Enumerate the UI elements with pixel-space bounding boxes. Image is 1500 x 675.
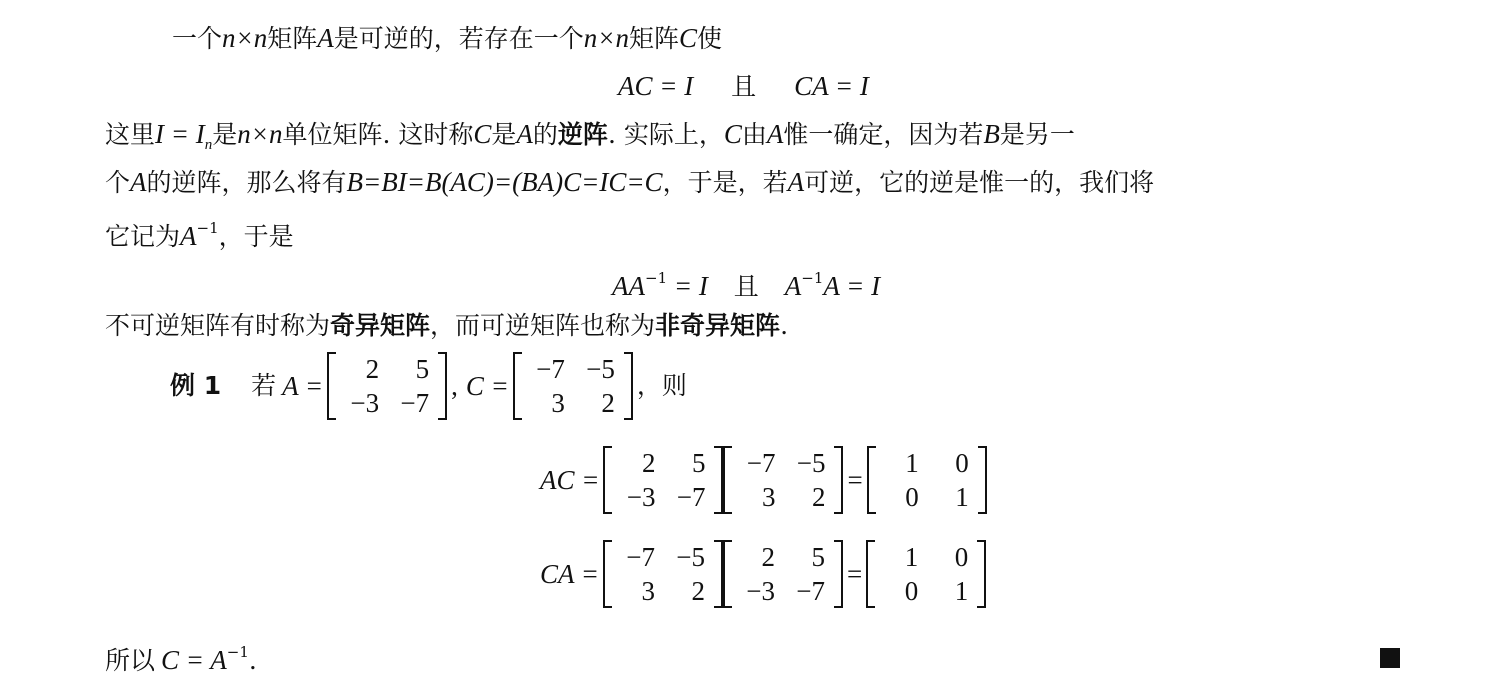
text: 惟一确定，因为若	[783, 120, 983, 149]
math-C: C	[679, 23, 697, 53]
text: .	[780, 311, 788, 340]
text: 一个	[172, 24, 222, 53]
text: 所以	[105, 646, 155, 675]
superscript: −1	[227, 643, 249, 661]
text: 是	[212, 120, 237, 149]
cell: 2	[783, 480, 833, 514]
math-A-eq: A =	[282, 370, 323, 402]
cell: 5	[387, 352, 437, 386]
text: 它记为	[105, 222, 180, 251]
text: .	[249, 646, 257, 675]
cell: 2	[733, 540, 783, 574]
text: ，而可逆矩阵也称为	[430, 311, 655, 340]
matrix-identity: 1001	[867, 446, 987, 514]
math-AC-eq: AC =	[540, 465, 599, 496]
math-ac-eq-i: AC = I	[618, 71, 693, 101]
math-eq-i: = I	[667, 271, 708, 301]
term-singular: 奇异矩阵	[330, 311, 430, 340]
cell: 0	[876, 574, 926, 608]
math-ca-eq-i: CA = I	[794, 71, 869, 101]
text: 由	[742, 120, 767, 149]
cell: −5	[573, 352, 623, 386]
cell: 0	[926, 540, 976, 574]
superscript: −1	[645, 269, 667, 287]
math-B: B	[983, 119, 1000, 149]
text: 这里	[105, 120, 155, 149]
math-nxn: n×n	[584, 23, 629, 53]
math-C: C	[724, 119, 742, 149]
text: . 实际上，	[608, 120, 724, 149]
math-identity: I = I	[155, 119, 205, 149]
superscript: −1	[801, 269, 823, 287]
equals: =	[847, 465, 862, 496]
math-AA: AA	[612, 271, 645, 301]
singular-definition: 不可逆矩阵有时称为奇异矩阵，而可逆矩阵也称为非奇异矩阵.	[105, 310, 788, 342]
matrix-identity: 1001	[866, 540, 986, 608]
cell: −3	[613, 480, 663, 514]
math-A: A	[785, 271, 802, 301]
cell: 3	[523, 386, 573, 420]
cell: 2	[663, 574, 713, 608]
explanation-line-1: 这里I = In是n×n单位矩阵. 这时称C是A的逆阵. 实际上，C由A惟一确定…	[105, 118, 1075, 161]
text: 若	[251, 370, 276, 402]
cell: −7	[783, 574, 833, 608]
term-inverse: 逆阵	[558, 120, 608, 149]
conjunction: 且	[731, 72, 756, 101]
cell: 1	[876, 540, 926, 574]
text: 可逆，它的逆是惟一的，我们将	[804, 168, 1154, 197]
math-C-eq-A-inverse: C = A	[161, 645, 227, 675]
math-uniqueness-proof: B=BI=B(AC)=(BA)C=IC=C	[347, 167, 663, 197]
cell: 5	[783, 540, 833, 574]
matrix-C: −7−532	[723, 446, 843, 514]
math-A: A	[767, 119, 784, 149]
math-A: A	[516, 119, 533, 149]
cell: 5	[663, 446, 713, 480]
cell: −5	[663, 540, 713, 574]
conclusion: 所以C = A−1.	[105, 636, 257, 675]
definition-line: 一个n×n矩阵A是可逆的，若存在一个n×n矩阵C使	[172, 22, 722, 55]
cell: −5	[783, 446, 833, 480]
cell: 3	[733, 480, 783, 514]
math-C: C	[473, 119, 491, 149]
equals: =	[847, 559, 862, 590]
equation-AC-product: AC = 25−3−7 −7−532 = 1001	[540, 446, 991, 514]
cell: 2	[337, 352, 387, 386]
cell: −3	[733, 574, 783, 608]
qed-square-icon	[1380, 648, 1400, 668]
cell: 1	[877, 446, 927, 480]
matrix-A: 25−3−7	[603, 446, 723, 514]
explanation-line-3: 它记为A−1，于是	[105, 212, 294, 253]
equation-ac-ca: AC = I 且 CA = I	[618, 70, 869, 103]
cell: −7	[387, 386, 437, 420]
text: ，于是，若	[663, 168, 788, 197]
math-nxn: n×n	[222, 23, 267, 53]
cell: 1	[927, 480, 977, 514]
example-1: 例 1 若 A = 25−3−7 , C = −7−532 ，则	[170, 352, 687, 420]
matrix-C: −7−532	[513, 352, 633, 420]
conjunction: 且	[734, 272, 759, 301]
explanation-line-2: 个A的逆阵，那么将有B=BI=B(AC)=(BA)C=IC=C，于是，若A可逆，…	[105, 166, 1154, 199]
matrix-C: −7−532	[603, 540, 723, 608]
math-nxn: n×n	[237, 119, 282, 149]
cell: −7	[663, 480, 713, 514]
math-A: A	[317, 23, 334, 53]
text: 是另一	[1000, 120, 1075, 149]
matrix-A: 25−3−7	[723, 540, 843, 608]
equation-inverse: AA−1 = I 且 A−1A = I	[612, 262, 880, 303]
text: 是	[491, 120, 516, 149]
text: 矩阵	[267, 24, 317, 53]
text: 矩阵	[629, 24, 679, 53]
cell: 1	[926, 574, 976, 608]
text: 的	[533, 120, 558, 149]
text: 使	[697, 24, 722, 53]
cell: −7	[733, 446, 783, 480]
math-C-eq: C =	[466, 370, 509, 402]
term-nonsingular: 非奇异矩阵	[655, 311, 780, 340]
text: 个	[105, 168, 130, 197]
text: 是可逆的，若存在一个	[334, 24, 584, 53]
text: 单位矩阵. 这时称	[282, 120, 473, 149]
cell: −7	[523, 352, 573, 386]
text: 不可逆矩阵有时称为	[105, 311, 330, 340]
cell: 0	[877, 480, 927, 514]
text: ，则	[637, 370, 687, 402]
cell: 2	[573, 386, 623, 420]
math-A: A	[130, 167, 147, 197]
text: ，于是	[219, 222, 294, 251]
math-A: A	[788, 167, 805, 197]
superscript: −1	[197, 219, 219, 237]
matrix-A: 25−3−7	[327, 352, 447, 420]
separator: ,	[451, 370, 458, 402]
cell: −7	[613, 540, 663, 574]
math-A: A	[180, 221, 197, 251]
cell: 3	[613, 574, 663, 608]
equation-CA-product: CA = −7−532 25−3−7 = 1001	[540, 540, 990, 608]
text: 的逆阵，那么将有	[147, 168, 347, 197]
math-A-eq-i: A = I	[823, 271, 880, 301]
example-label: 例 1	[170, 370, 221, 402]
math-CA-eq: CA =	[540, 559, 599, 590]
cell: 0	[927, 446, 977, 480]
cell: 2	[613, 446, 663, 480]
cell: −3	[337, 386, 387, 420]
